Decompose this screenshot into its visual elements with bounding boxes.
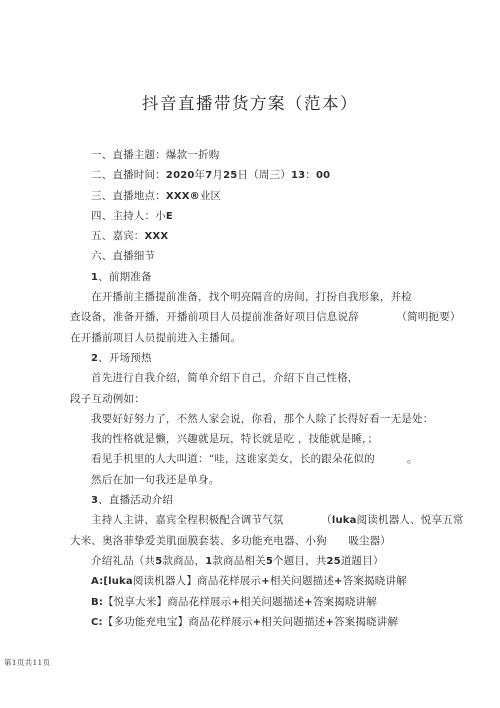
document-line: 在开播前项目人员提前进入主播间。 (70, 328, 470, 348)
document-line: 看见手机里的人大叫道：“哇，这谁家美女，长的跟朵花似的 。 (70, 449, 470, 469)
document-line: 三、直播地点：XXX®业区 (70, 186, 470, 206)
document-line: 六、直播细节 (70, 246, 470, 266)
document-body: 一、直播主题：爆款一折购二、直播时间：2020年7月25日（周三）13：00三、… (70, 145, 470, 632)
document-line: 段子互动例如： (70, 389, 470, 409)
document-line: 大米、奥洛菲挚爱美肌面膜套装、多功能充电器、小狗 吸尘器） (70, 531, 470, 551)
page-number-footer: 第1页共11页 (4, 657, 50, 668)
document-line: 四、主持人：小E (70, 206, 470, 226)
document-line: 二、直播时间：2020年7月25日（周三）13：00 (70, 165, 470, 185)
document-line: 1、前期准备 (70, 267, 470, 287)
document-line: 五、嘉宾：XXX (70, 226, 470, 246)
document-line: 我的性格就是懒，兴趣就是玩，特长就是吃 ，技能就是睡，； (70, 429, 470, 449)
document-line: 一、直播主题：爆款一折购 (70, 145, 470, 165)
document-line: 主持人主讲，嘉宾全程积极配合调节气氛 （luka阅读机器人、悦享五常 (70, 510, 470, 530)
document-title: 抖音直播带货方案（范本） (0, 90, 500, 114)
document-page: 抖音直播带货方案（范本） 一、直播主题：爆款一折购二、直播时间：2020年7月2… (0, 0, 500, 708)
document-line: 我要好好努力了，不然人家会说，你看，那个人除了长得好看一无是处： (70, 409, 470, 429)
document-line: 3、直播活动介绍 (70, 490, 470, 510)
document-line: C:【多功能充电宝】商品花样展示+相关问题描述+答案揭晓讲解 (70, 612, 470, 632)
document-line: 介绍礼品（共5款商品，1款商品相关5个题目，共25道题目） (70, 551, 470, 571)
document-line: 首先进行自我介绍，简单介绍下自己，介绍下自己性格， (70, 368, 470, 388)
document-line: B:【悦享大米】商品花样展示+相关问题描述+答案揭晓讲解 (70, 592, 470, 612)
document-line: 2、开场预热 (70, 348, 470, 368)
document-line: A:[luka阅读机器人】商品花样展示+相关问题描述+答案揭晓讲解 (70, 571, 470, 591)
document-line: 在开播前主播提前准备，找个明亮隔音的房间，打扮自我形象，并检 (70, 287, 470, 307)
document-line: 查设备，准备开播，开播前项目人员提前准备好项目信息说辞 （简明扼要） (70, 307, 470, 327)
document-line: 然后在加一句我还是单身。 (70, 470, 470, 490)
